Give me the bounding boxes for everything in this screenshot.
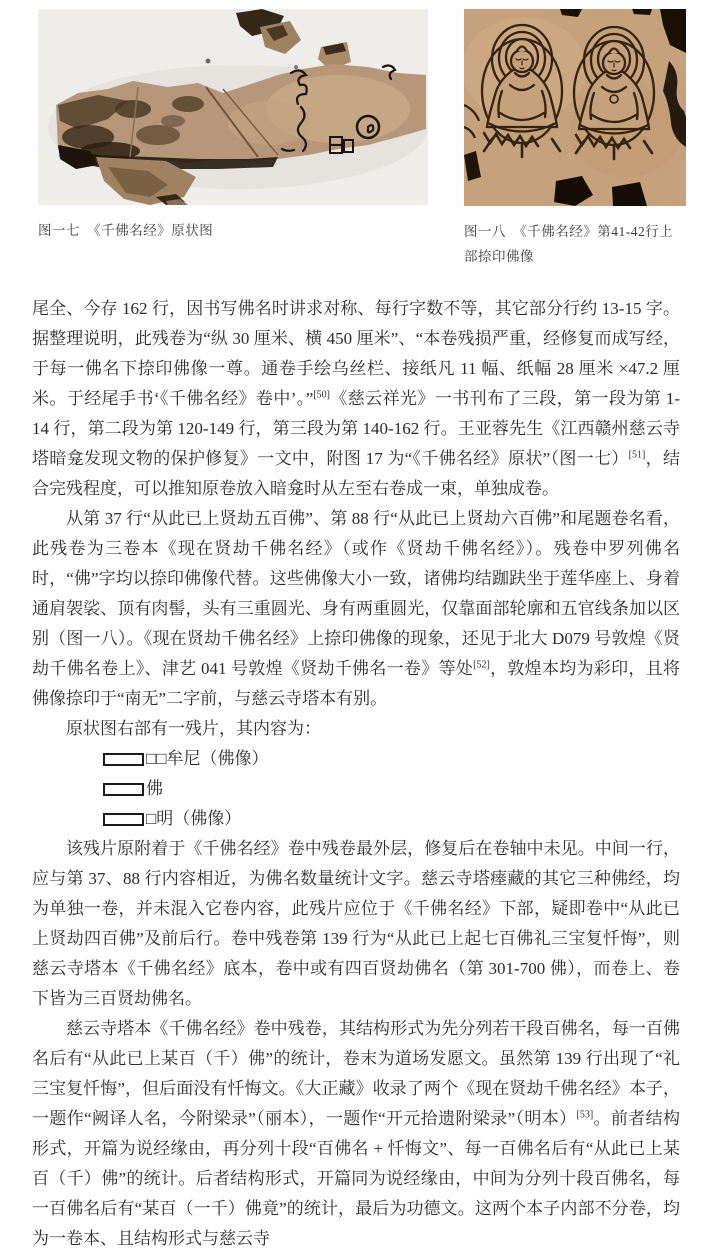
diagram-text: 佛 [146,774,163,804]
article-body: 尾全、今存 162 行，因书写佛名时讲求对称、每行字数不等，其它部分行约 13-… [0,269,710,1254]
paragraph-2: 从第 37 行“从此已上贤劫五百佛”、第 88 行“从此已上贤劫六百佛”和尾题卷… [32,504,680,714]
buddha-print-photo [464,9,686,206]
scroll-fragment-photo [38,9,428,205]
figure-17-caption: 图一七 《千佛名经》原状图 [38,218,428,243]
paragraph-3: 原状图右部有一残片，其内容为： [32,714,680,744]
diagram-text: □明（佛像） [146,804,241,834]
footnote-ref-53: [53] [577,1109,594,1120]
footnote-ref-51: [51] [629,449,646,460]
paragraph-4: 该残片原附着于《千佛名经》卷中残卷最外层，修复后在卷轴中未见。中间一行，应与第 … [32,834,680,1014]
footnote-ref-50: [50] [313,389,330,400]
diagram-row-1: □□牟尼（佛像） [103,744,680,774]
diagram-text: □□牟尼（佛像） [146,744,269,774]
diagram-row-3: □明（佛像） [103,804,680,834]
text-run: 从第 37 行“从此已上贤劫五百佛”、第 88 行“从此已上贤劫六百佛”和尾题卷… [32,509,680,678]
blank-box [103,783,144,796]
footnote-ref-52: [52] [473,659,490,670]
text-run: 。前者结构形式，开篇为说经缘由，再分列十段“百佛名 + 忏悔文”、每一百佛名后有… [32,1109,680,1248]
scroll-fragment-illustration [38,9,428,205]
blank-box [103,813,144,826]
figure-18: 图一八 《千佛名经》第41-42行上部捺印佛像 [464,9,686,269]
diagram-row-2: 佛 [103,774,680,804]
paragraph-5: 慈云寺塔本《千佛名经》卷中残卷，其结构形式为先分列若干段百佛名，每一百佛名后有“… [32,1014,680,1254]
buddha-print-illustration [464,9,686,206]
paragraph-1: 尾全、今存 162 行，因书写佛名时讲求对称、每行字数不等，其它部分行约 13-… [32,294,680,504]
document-page: 图一七 《千佛名经》原状图 [0,0,710,1254]
figures-row: 图一七 《千佛名经》原状图 [0,0,710,269]
blank-box [103,753,144,766]
figure-17: 图一七 《千佛名经》原状图 [38,9,428,243]
fragment-content-diagram: □□牟尼（佛像） 佛 □明（佛像） [32,744,680,834]
figure-18-caption: 图一八 《千佛名经》第41-42行上部捺印佛像 [464,219,686,269]
